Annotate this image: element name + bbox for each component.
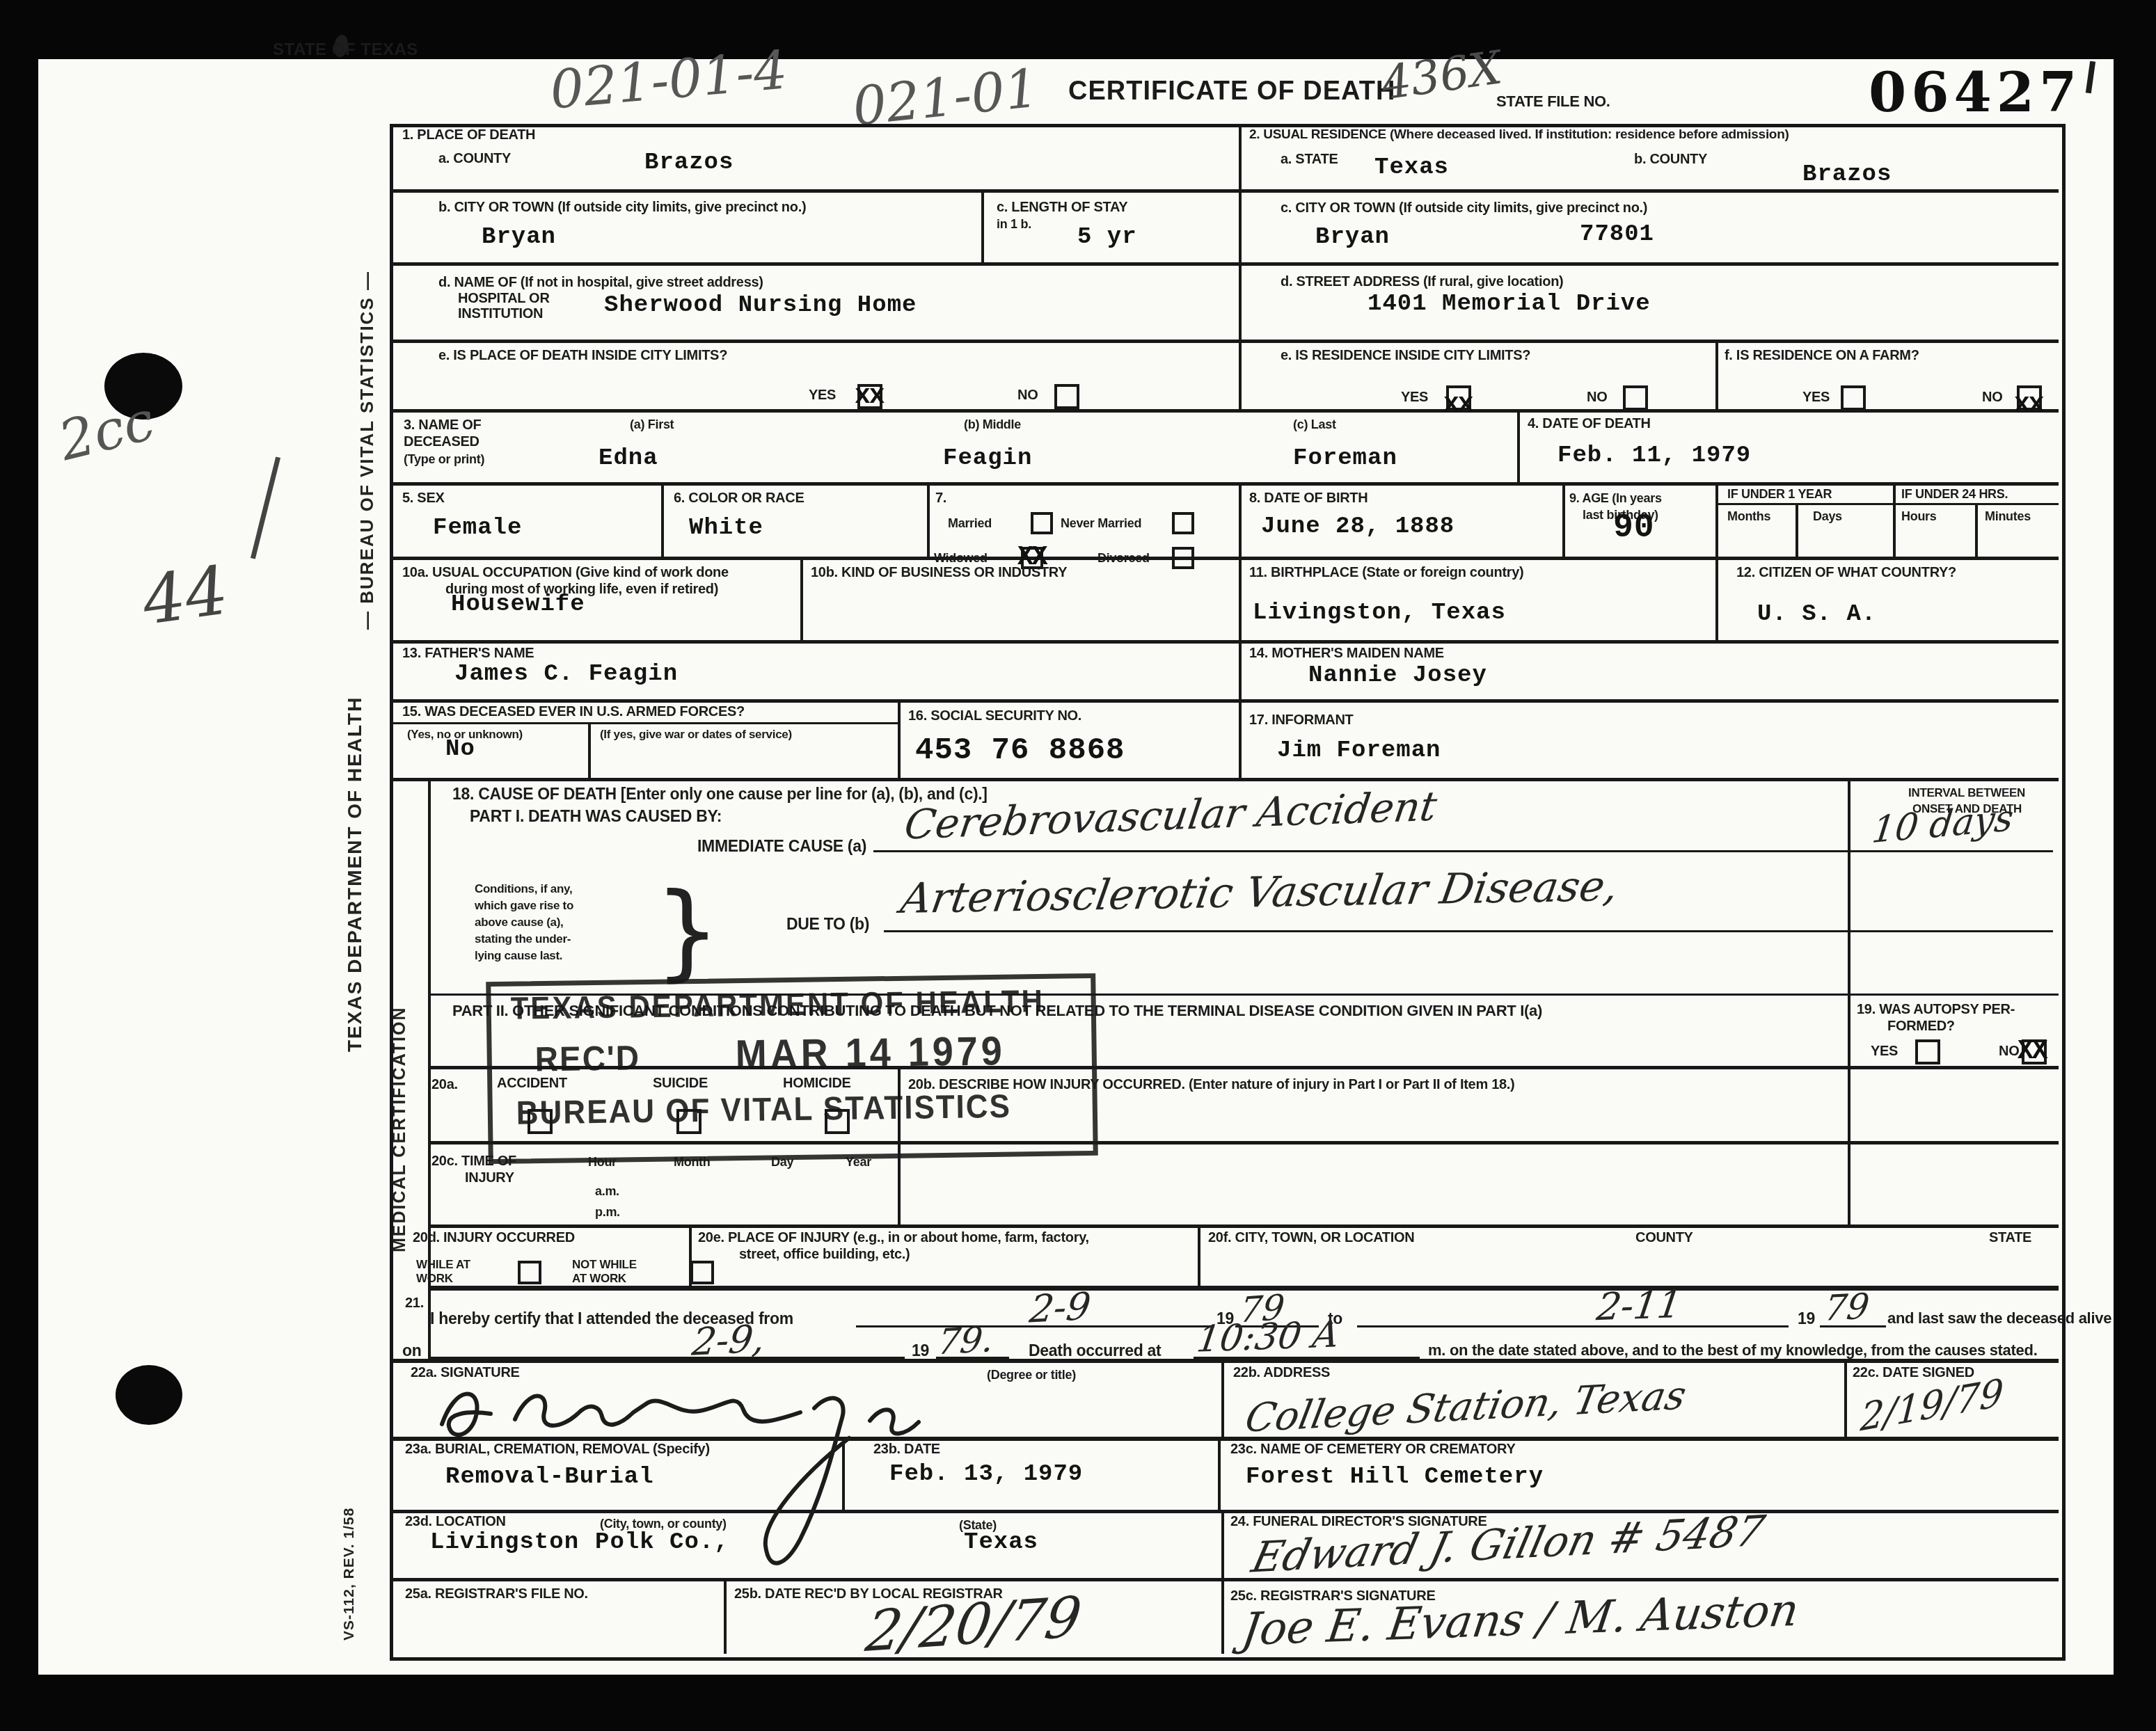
field23a-value: Removal-Burial	[445, 1464, 654, 1490]
field15-label: 15. WAS DECEASED EVER IN U.S. ARMED FORC…	[402, 704, 745, 720]
field2e-yes-label: YES	[1401, 390, 1428, 406]
stamp-date: MAR 14 1979	[735, 1028, 1006, 1078]
field3b-value: Feagin	[943, 445, 1032, 472]
field12-value: U. S. A.	[1757, 601, 1876, 628]
field23c-value: Forest Hill Cemetery	[1246, 1464, 1544, 1490]
field2f-no-mark: xx	[2014, 390, 2043, 420]
field15-sub2: (If yes, give war or dates of service)	[600, 728, 792, 742]
field5-value: Female	[433, 515, 522, 541]
conditions-brace: }	[654, 871, 720, 992]
field20a-label: 20a.	[431, 1077, 458, 1093]
field21-on-printed: on	[402, 1341, 422, 1360]
field2f-label: f. IS RESIDENCE ON A FARM?	[1725, 348, 1919, 364]
field3a-value: Edna	[599, 445, 658, 472]
state-file-number: 06427	[1869, 61, 2082, 125]
state-file-no-label: STATE FILE NO.	[1496, 93, 1610, 111]
field19-yes-checkbox	[1915, 1039, 1940, 1064]
field8-label: 8. DATE OF BIRTH	[1249, 490, 1368, 506]
field18-dueto-b-label: DUE TO (b)	[786, 915, 869, 934]
field7-widowed-label: Widowed	[934, 551, 988, 566]
field21-text4: m. on the date stated above, and to the …	[1428, 1341, 2037, 1359]
field10a-label1: 10a. USUAL OCCUPATION (Give kind of work…	[402, 565, 729, 581]
received-stamp: TEXAS DEPARTMENT OF HEALTH REC'D MAR 14 …	[486, 973, 1098, 1164]
field5-label: 5. SEX	[402, 490, 444, 506]
field1a-value: Brazos	[644, 150, 734, 176]
field3-title1: 3. NAME OF	[404, 417, 481, 433]
field2f-yes-label: YES	[1802, 390, 1830, 406]
margin-dept-label: TEXAS DEPARTMENT OF HEALTH	[344, 696, 366, 1052]
field18-cond4: stating the under-	[475, 932, 571, 946]
field7-never-married-label: Never Married	[1061, 516, 1141, 531]
field21-from-date: 2-9	[1027, 1284, 1093, 1331]
field1e-no-checkbox	[1054, 384, 1079, 409]
field2f-no-label: NO	[1982, 390, 2002, 406]
field7-never-married-checkbox	[1172, 512, 1194, 534]
field25a-label: 25a. REGISTRAR'S FILE NO.	[405, 1586, 588, 1602]
field23d-label: 23d. LOCATION	[405, 1514, 506, 1530]
field1a-label: a. COUNTY	[438, 151, 511, 167]
field17-label: 17. INFORMANT	[1249, 712, 1353, 728]
field2c-label: c. CITY OR TOWN (If outside city limits,…	[1281, 200, 1647, 216]
field20e-label2: street, office building, etc.)	[739, 1247, 910, 1263]
field20d-whileat-label1: WHILE AT	[416, 1258, 470, 1272]
field9-days-label: Days	[1813, 509, 1842, 524]
field19-label2: FORMED?	[1887, 1019, 1955, 1035]
field2f-yes-checkbox	[1841, 385, 1866, 410]
stamp-recd: REC'D	[534, 1037, 640, 1079]
field1b-value: Bryan	[482, 224, 556, 250]
field21-number: 21.	[405, 1295, 424, 1311]
form-number-label: VS-112, REV. 1/58	[341, 1508, 358, 1641]
field16-value: 453 76 8868	[915, 733, 1125, 768]
field18-immediate-cause-label: IMMEDIATE CAUSE (a)	[697, 837, 866, 856]
field1d-label: d. NAME OF (If not in hospital, give str…	[438, 275, 763, 291]
punch-hole-bottom	[116, 1365, 182, 1425]
stamp-line3: BUREAU OF VITAL STATISTICS	[516, 1088, 1011, 1133]
field20d-notwhile-checkbox	[690, 1261, 714, 1284]
field9-months-label: Months	[1727, 509, 1770, 524]
field20d-whileat-label2: WORK	[416, 1272, 453, 1286]
field19-label1: 19. WAS AUTOPSY PER-	[1857, 1002, 2015, 1018]
certificate-title: CERTIFICATE OF DEATH	[1068, 77, 1395, 106]
field14-value: Nannie Josey	[1308, 662, 1487, 689]
field18-cond2: which gave rise to	[475, 899, 573, 913]
field23b-label: 23b. DATE	[873, 1442, 940, 1458]
field2e-no-checkbox	[1623, 385, 1648, 410]
field10a-value: Housewife	[451, 591, 585, 618]
field2e-label: e. IS RESIDENCE INSIDE CITY LIMITS?	[1281, 348, 1530, 364]
field2a-label: a. STATE	[1281, 152, 1338, 168]
field1b-label: b. CITY OR TOWN (If outside city limits,…	[438, 200, 806, 216]
field1c-sublabel: in 1 b.	[997, 217, 1031, 232]
field2d-value: 1401 Memorial Drive	[1368, 291, 1651, 317]
field2b-label: b. COUNTY	[1634, 152, 1707, 168]
field2e-no-label: NO	[1587, 390, 1607, 406]
field12-label: 12. CITIZEN OF WHAT COUNTRY?	[1736, 565, 1956, 581]
field20d-notwhile-label2: AT WORK	[572, 1272, 626, 1286]
field20f-county-label: COUNTY	[1635, 1230, 1693, 1246]
field18-title: 18. CAUSE OF DEATH [Enter only one cause…	[452, 785, 988, 804]
field1e-label: e. IS PLACE OF DEATH INSIDE CITY LIMITS?	[438, 348, 727, 364]
field11-value: Livingston, Texas	[1253, 600, 1506, 626]
field23d-value-city: Livingston	[430, 1529, 579, 1556]
field2b-value: Brazos	[1802, 161, 1892, 188]
field19-no-label: NO	[1999, 1044, 2019, 1060]
field21-text3: Death occurred at	[1029, 1341, 1161, 1360]
field1e-no-label: NO	[1017, 388, 1038, 404]
field19-no-mark: XX	[2018, 1037, 2047, 1067]
field9-value: 90	[1613, 509, 1655, 547]
field3-title2: DECEASED	[404, 434, 479, 450]
field21-on-year: 79.	[935, 1319, 996, 1363]
field1e-yes-label: YES	[809, 388, 836, 404]
field3c-label: (c) Last	[1293, 417, 1336, 432]
death-certificate-scan: 2cc 44 — BUREAU OF VITAL STATISTICS — TE…	[0, 0, 2156, 1731]
field18-cond5: lying cause last.	[475, 949, 562, 963]
field3a-label: (a) First	[630, 417, 674, 432]
field21-text2: and last saw the deceased alive	[1887, 1309, 2111, 1327]
field3b-label: (b) Middle	[964, 417, 1021, 432]
field1-title: 1. PLACE OF DEATH	[402, 127, 535, 143]
field19-yes-label: YES	[1871, 1044, 1898, 1060]
field20c-am-label: a.m.	[595, 1184, 619, 1199]
field2-title: 2. USUAL RESIDENCE (Where deceased lived…	[1249, 127, 1789, 143]
field20d-label: 20d. INJURY OCCURRED	[413, 1230, 575, 1246]
margin-note-44: 44	[138, 551, 233, 640]
field4-label: 4. DATE OF DEATH	[1528, 416, 1651, 432]
field2d-label: d. STREET ADDRESS (If rural, give locati…	[1281, 274, 1563, 290]
field22b-label: 22b. ADDRESS	[1233, 1365, 1330, 1381]
field9-label1: 9. AGE (In years	[1569, 491, 1662, 506]
field21-on-date: 2-9,	[690, 1316, 768, 1364]
field1c-label: c. LENGTH OF STAY	[997, 200, 1127, 216]
field21-to-date: 2-11	[1594, 1282, 1685, 1330]
field20e-label1: 20e. PLACE OF INJURY (e.g., in or about …	[698, 1230, 1089, 1246]
field7-married-label: Married	[948, 516, 992, 531]
field3c-value: Foreman	[1293, 445, 1397, 472]
field21-time-value: 10:30 A	[1194, 1314, 1342, 1360]
field23d-value-state: Texas	[964, 1529, 1038, 1556]
field20f-label: 20f. CITY, TOWN, OR LOCATION	[1208, 1230, 1414, 1246]
field20c-label2: INJURY	[465, 1170, 514, 1186]
field4-value: Feb. 11, 1979	[1557, 442, 1751, 469]
field21-19-printed2: 19	[1798, 1309, 1815, 1328]
field20d-whileat-checkbox	[518, 1261, 541, 1284]
field8-value: June 28, 1888	[1261, 513, 1454, 540]
field13-value: James C. Feagin	[454, 661, 678, 687]
field20d-notwhile-label1: NOT WHILE	[572, 1258, 637, 1272]
field2c-value: Bryan	[1315, 224, 1390, 250]
field21-19-printed3: 19	[912, 1341, 929, 1360]
field20f-state-label: STATE	[1989, 1230, 2031, 1246]
field16-label: 16. SOCIAL SECURITY NO.	[908, 708, 1081, 724]
field15-value: No	[445, 736, 475, 763]
field1d-label3: INSTITUTION	[458, 306, 543, 322]
field9-hours-label: Hours	[1901, 509, 1937, 524]
field1d-value: Sherwood Nursing Home	[604, 292, 917, 319]
field3-title3: (Type or print)	[404, 452, 484, 467]
field23a-label: 23a. BURIAL, CREMATION, REMOVAL (Specify…	[405, 1442, 710, 1458]
field18-cond1: Conditions, if any,	[475, 882, 572, 896]
field2e-yes-mark: xx	[1443, 390, 1473, 420]
field18-cond3: above cause (a),	[475, 916, 563, 930]
field14-label: 14. MOTHER'S MAIDEN NAME	[1249, 646, 1444, 662]
state-of-texas-label: STATE OF TEXAS	[273, 40, 418, 60]
field9-under24-label: IF UNDER 24 HRS.	[1901, 487, 2008, 502]
field9-minutes-label: Minutes	[1985, 509, 2031, 524]
field7-married-checkbox	[1031, 512, 1053, 534]
field10b-label: 10b. KIND OF BUSINESS OR INDUSTRY	[811, 565, 1067, 581]
field21-to-year: 79	[1822, 1286, 1871, 1329]
field7-divorced-label: Divorced	[1097, 551, 1150, 566]
field11-label: 11. BIRTHPLACE (State or foreign country…	[1249, 565, 1523, 581]
field23b-value: Feb. 13, 1979	[889, 1461, 1083, 1487]
field17-value: Jim Foreman	[1277, 737, 1441, 764]
margin-bureau-label: — BUREAU OF VITAL STATISTICS —	[356, 271, 378, 630]
field23c-label: 23c. NAME OF CEMETERY OR CREMATORY	[1230, 1442, 1516, 1458]
field9-under1yr-label: IF UNDER 1 YEAR	[1727, 487, 1832, 502]
field23d-value-county: Polk Co.,	[595, 1529, 729, 1556]
field6-label: 6. COLOR OR RACE	[674, 490, 804, 506]
field20c-pm-label: p.m.	[595, 1205, 620, 1220]
field1d-label2: HOSPITAL OR	[458, 291, 550, 307]
field1e-yes-mark: xx	[855, 381, 884, 411]
field6-value: White	[689, 515, 763, 541]
stamp-line1: TEXAS DEPARTMENT OF HEALTH	[510, 983, 1045, 1027]
field7-label: 7.	[935, 490, 946, 506]
field18-part1: PART I. DEATH WAS CAUSED BY:	[470, 807, 722, 826]
field13-label: 13. FATHER'S NAME	[402, 646, 534, 662]
field1c-value: 5 yr	[1077, 224, 1137, 250]
field2c-zip: 77801	[1580, 221, 1654, 248]
field7-divorced-checkbox	[1172, 547, 1194, 569]
field2a-value: Texas	[1374, 154, 1449, 181]
